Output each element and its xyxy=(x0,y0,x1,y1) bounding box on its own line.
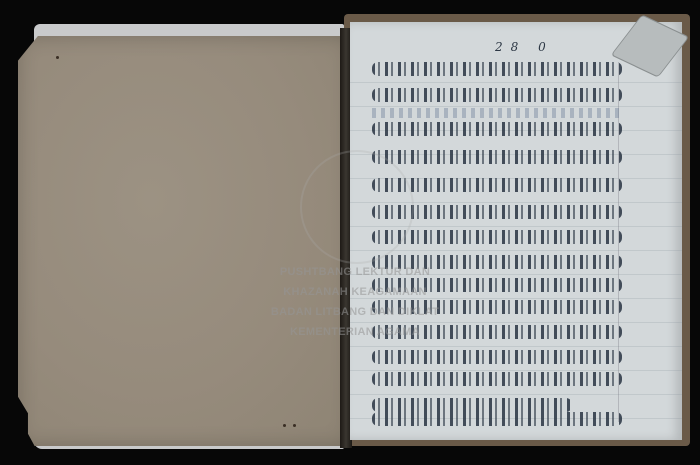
left-cardboard-cover xyxy=(18,36,350,446)
watermark-line-3: KEMENTERIAN AGAMA xyxy=(250,322,460,342)
speck xyxy=(293,424,296,427)
manuscript-photo: 28 0 PUSHTBANG LEKTUR DAN KHAZANAH KEAGA… xyxy=(0,0,700,465)
watermark: PUSHTBANG LEKTUR DAN KHAZANAH KEAGAMAAN … xyxy=(250,262,460,342)
watermark-line-2: BADAN LITBANG DAN DIKLAT xyxy=(250,302,460,322)
speck xyxy=(283,424,286,427)
watermark-line-1: PUSHTBANG LEKTUR DAN KHAZANAH KEAGAMAAN xyxy=(250,262,460,302)
page-number: 28 0 xyxy=(495,40,554,54)
speck xyxy=(56,56,59,59)
watermark-logo-icon xyxy=(300,150,414,264)
